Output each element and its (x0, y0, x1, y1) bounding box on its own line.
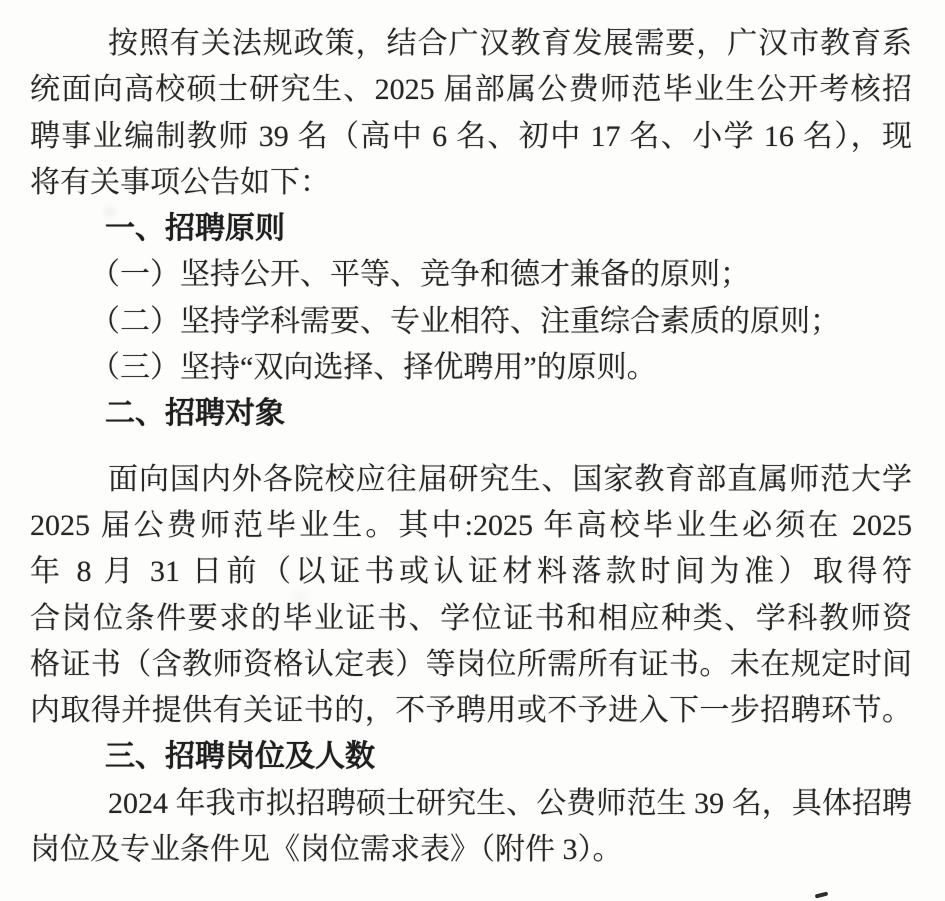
section-heading: 一、招聘原则 (30, 206, 912, 252)
text-line: 年 8 月 31 日前（以证书或认证材料落款时间为准）取得符 (30, 549, 912, 595)
text-line: 合岗位条件要求的毕业证书、学位证书和相应种类、学科教师资 (30, 596, 912, 642)
paragraph: 按照有关法规政策，结合广汉教育发展需要，广汉市教育系统面向高校硕士研究生、202… (30, 21, 912, 206)
text-line: 按照有关法规政策，结合广汉教育发展需要，广汉市教育系 (30, 21, 912, 67)
section: 二、招聘对象 (30, 391, 912, 437)
section: 三、招聘岗位及人数 (30, 734, 912, 780)
page-number-partial-mark (815, 891, 829, 898)
paragraph: （二）坚持学科需要、专业相符、注重综合素质的原则； (30, 299, 912, 345)
paragraph: 2024 年我市拟招聘硕士研究生、公费师范生 39 名，具体招聘岗位及专业条件见… (30, 781, 912, 874)
text-line: 2024 年我市拟招聘硕士研究生、公费师范生 39 名，具体招聘 (30, 781, 912, 827)
section-heading: 三、招聘岗位及人数 (30, 734, 912, 780)
text-line: 格证书（含教师资格认定表）等岗位所需所有证书。未在规定时间 (30, 642, 912, 688)
text-line: 面向国内外各院校应往届研究生、国家教育部直属师范大学 (30, 457, 912, 503)
text-line: 岗位及专业条件见《岗位需求表》（附件 3）。 (30, 827, 912, 873)
section: 一、招聘原则 (30, 206, 912, 252)
paragraph: （一）坚持公开、平等、竞争和德才兼备的原则； (30, 252, 912, 298)
text-line: （一）坚持公开、平等、竞争和德才兼备的原则； (30, 252, 912, 298)
text-line: 内取得并提供有关证书的，不予聘用或不予进入下一步招聘环节。 (30, 688, 912, 734)
paragraph: （三）坚持“双向选择、择优聘用”的原则。 (30, 345, 912, 391)
text-line: 聘事业编制教师 39 名（高中 6 名、初中 17 名、小学 16 名），现 (30, 114, 912, 160)
text-line: 将有关事项公告如下： (30, 160, 912, 206)
text-line: （三）坚持“双向选择、择优聘用”的原则。 (30, 345, 912, 391)
section-heading: 二、招聘对象 (30, 391, 912, 437)
scanned-document-page: 按照有关法规政策，结合广汉教育发展需要，广汉市教育系统面向高校硕士研究生、202… (0, 0, 945, 901)
text-line: 2025 届公费师范毕业生。其中:2025 年高校毕业生必须在 2025 (30, 503, 912, 549)
paragraph: 面向国内外各院校应往届研究生、国家教育部直属师范大学2025 届公费师范毕业生。… (30, 457, 912, 735)
document-body: 按照有关法规政策，结合广汉教育发展需要，广汉市教育系统面向高校硕士研究生、202… (30, 21, 912, 873)
text-line: 统面向高校硕士研究生、2025 届部属公费师范毕业生公开考核招 (30, 67, 912, 113)
text-line: （二）坚持学科需要、专业相符、注重综合素质的原则； (30, 299, 912, 345)
